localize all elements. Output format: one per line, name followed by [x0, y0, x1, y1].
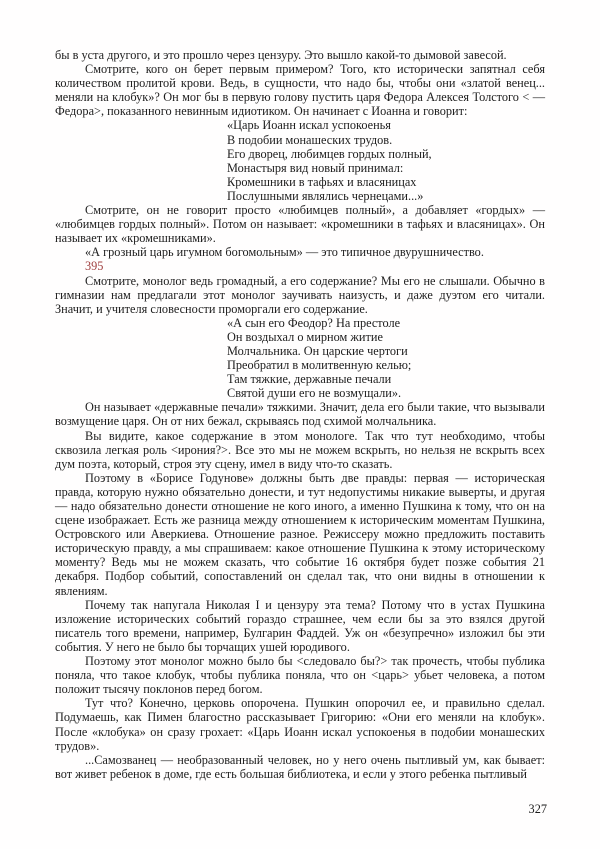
paragraph: Поэтому в «Борисе Годунове» должны быть … [55, 471, 545, 598]
page-break-marker: 395 [55, 259, 545, 273]
verse-block-tsar-ioann: «Царь Иоанн искал успокоенья В подобии м… [227, 118, 545, 203]
paragraph: Почему так напугала Николая I и цензуру … [55, 598, 545, 654]
verse-line: Молчальника. Он царские чертоги [227, 344, 545, 358]
verse-line: Кромешники в тафьях и власяницах [227, 175, 545, 189]
verse-line: Послушными являлись чернецами...» [227, 189, 545, 203]
paragraph: Поэтому этот монолог можно было бы <след… [55, 654, 545, 696]
paragraph: Смотрите, монолог ведь громадный, а его … [55, 274, 545, 316]
paragraph: Смотрите, он не говорит просто «любимцев… [55, 203, 545, 245]
paragraph: Вы видите, какое содержание в этом монол… [55, 429, 545, 471]
verse-block-feodor: «А сын его Феодор? На престоле Он воздых… [227, 316, 545, 401]
paragraph: Тут что? Конечно, церковь опорочена. Пуш… [55, 696, 545, 752]
page-text-block: бы в уста другого, и это прошло через це… [55, 48, 545, 781]
paragraph: «А грозный царь игумном богомольным» — э… [55, 245, 545, 259]
verse-line: Он воздыхал о мирном житие [227, 330, 545, 344]
paragraph-continuation: бы в уста другого, и это прошло через це… [55, 48, 545, 62]
paragraph: Смотрите, кого он берет первым примером?… [55, 62, 545, 118]
verse-line: Там тяжкие, державные печали [227, 372, 545, 386]
page-number: 327 [529, 802, 547, 817]
book-page: бы в уста другого, и это прошло через це… [0, 0, 600, 849]
verse-line: Его дворец, любимцев гордых полный, [227, 147, 545, 161]
verse-line: «А сын его Феодор? На престоле [227, 316, 545, 330]
paragraph: ...Самозванец — необразованный человек, … [55, 753, 545, 781]
verse-line: Святой души его не возмущали». [227, 386, 545, 400]
verse-line: «Царь Иоанн искал успокоенья [227, 118, 545, 132]
verse-line: Преобратил в молитвенную келью; [227, 358, 545, 372]
verse-line: В подобии монашеских трудов. [227, 133, 545, 147]
paragraph: Он называет «державные печали» тяжкими. … [55, 400, 545, 428]
verse-line: Монастыря вид новый принимал: [227, 161, 545, 175]
